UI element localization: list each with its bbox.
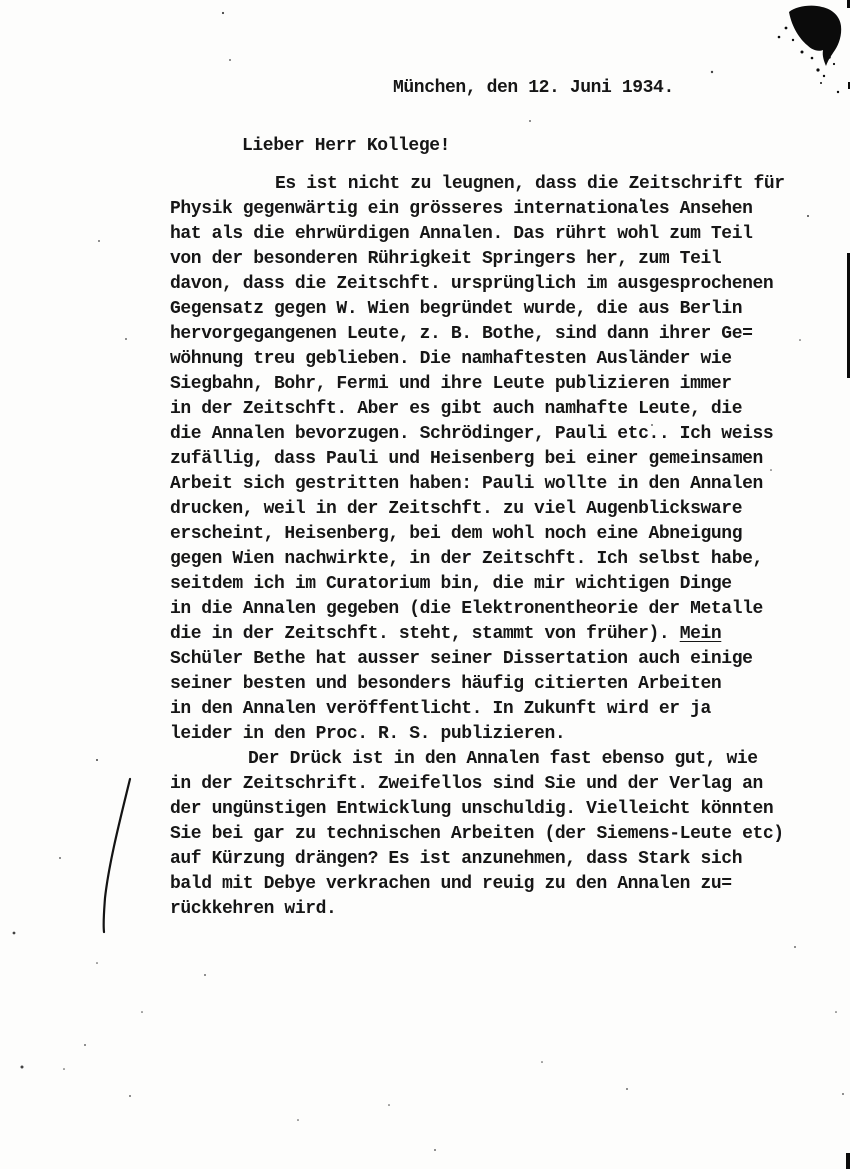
salutation: Lieber Herr Kollege! — [242, 136, 450, 156]
ink-blot — [789, 6, 841, 66]
body-line: zufällig, dass Pauli und Heisenberg bei … — [170, 447, 840, 472]
body-line: erscheint, Heisenberg, bei dem wohl noch… — [170, 522, 840, 547]
body-line: in die Annalen gegeben (die Elektronenth… — [170, 597, 840, 622]
letter-body: Es ist nicht zu leugnen, dass die Zeitsc… — [170, 172, 840, 922]
body-line: die Annalen bevorzugen. Schrödinger, Pau… — [170, 422, 840, 447]
body-line: leider in den Proc. R. S. publizieren. — [170, 722, 840, 747]
body-line: in den Annalen veröffentlicht. In Zukunf… — [170, 697, 840, 722]
body-line: Der Drück ist in den Annalen fast ebenso… — [170, 747, 840, 772]
body-line: davon, dass die Zeitschft. ursprünglich … — [170, 272, 840, 297]
body-line: hat als die ehrwürdigen Annalen. Das rüh… — [170, 222, 840, 247]
body-line: Physik gegenwärtig ein grösseres interna… — [170, 197, 840, 222]
body-line: auf Kürzung drängen? Es ist anzunehmen, … — [170, 847, 840, 872]
body-line: der ungünstigen Entwicklung unschuldig. … — [170, 797, 840, 822]
page-edge-mark-bottom-right — [846, 1153, 850, 1169]
body-line-text: die in der Zeitschft. steht, stammt von … — [170, 624, 680, 644]
body-line: Schüler Bethe hat ausser seiner Disserta… — [170, 647, 840, 672]
underlined-word: Mein — [680, 624, 722, 644]
body-line: seiner besten und besonders häufig citie… — [170, 672, 840, 697]
body-line: drucken, weil in der Zeitschft. zu viel … — [170, 497, 840, 522]
dateline: München, den 12. Juni 1934. — [393, 78, 674, 98]
body-line: seitdem ich im Curatorium bin, die mir w… — [170, 572, 840, 597]
body-line: Es ist nicht zu leugnen, dass die Zeitsc… — [170, 172, 840, 197]
body-line: Arbeit sich gestritten haben: Pauli woll… — [170, 472, 840, 497]
body-line: in der Zeitschft. Aber es gibt auch namh… — [170, 397, 840, 422]
body-line: Siegbahn, Bohr, Fermi und ihre Leute pub… — [170, 372, 840, 397]
ink-blot-speckles — [778, 27, 840, 94]
body-line: Sie bei gar zu technischen Arbeiten (der… — [170, 822, 840, 847]
body-line: von der besonderen Rührigkeit Springers … — [170, 247, 840, 272]
body-line: in der Zeitschrift. Zweifellos sind Sie … — [170, 772, 840, 797]
body-line: hervorgegangenen Leute, z. B. Bothe, sin… — [170, 322, 840, 347]
body-line: rückkehren wird. — [170, 897, 840, 922]
body-line: bald mit Debye verkrachen und reuig zu d… — [170, 872, 840, 897]
body-line: gegen Wien nachwirkte, in der Zeitschft.… — [170, 547, 840, 572]
body-line: wöhnung treu geblieben. Die namhaftesten… — [170, 347, 840, 372]
body-line-with-underline: die in der Zeitschft. steht, stammt von … — [170, 622, 840, 647]
scanned-letter-page: München, den 12. Juni 1934. Lieber Herr … — [0, 0, 850, 1169]
body-line: Gegensatz gegen W. Wien begründet wurde,… — [170, 297, 840, 322]
pencil-stroke — [104, 779, 130, 932]
